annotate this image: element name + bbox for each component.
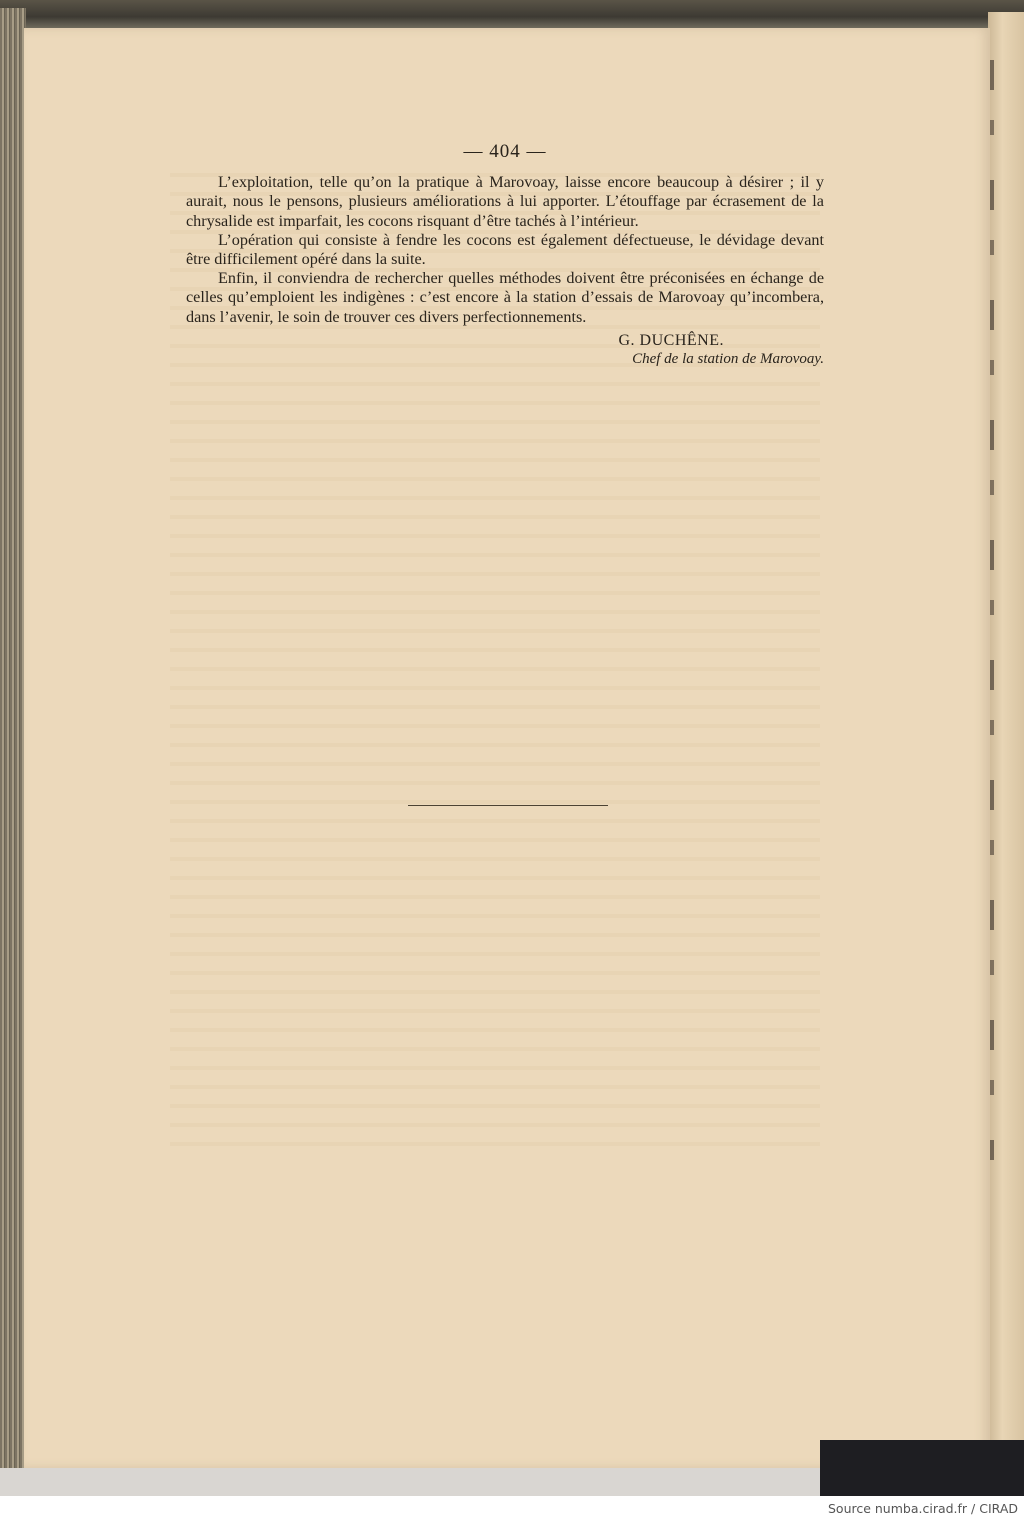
author-signature: G. DUCHÊNE. — [186, 331, 824, 350]
section-divider-rule — [408, 805, 608, 806]
source-credit: Source numba.cirad.fr / CIRAD — [828, 1501, 1018, 1516]
page-number: — 404 — — [186, 142, 824, 161]
paragraph-3: Enfin, il conviendra de rechercher quell… — [186, 269, 824, 327]
page-stack-edge — [0, 8, 26, 1468]
page-text-block: — 404 — L’exploitation, telle qu’on la p… — [186, 142, 824, 369]
paragraph-2: L’opération qui consiste à fendre les co… — [186, 231, 824, 269]
book-cover-corner — [820, 1440, 1024, 1496]
scanned-book-background: — 404 — L’exploitation, telle qu’on la p… — [0, 0, 1024, 1496]
paragraph-1: L’exploitation, telle qu’on la pratique … — [186, 173, 824, 231]
author-title: Chef de la station de Marovoay. — [186, 350, 824, 369]
book-top-edge — [0, 0, 1024, 28]
